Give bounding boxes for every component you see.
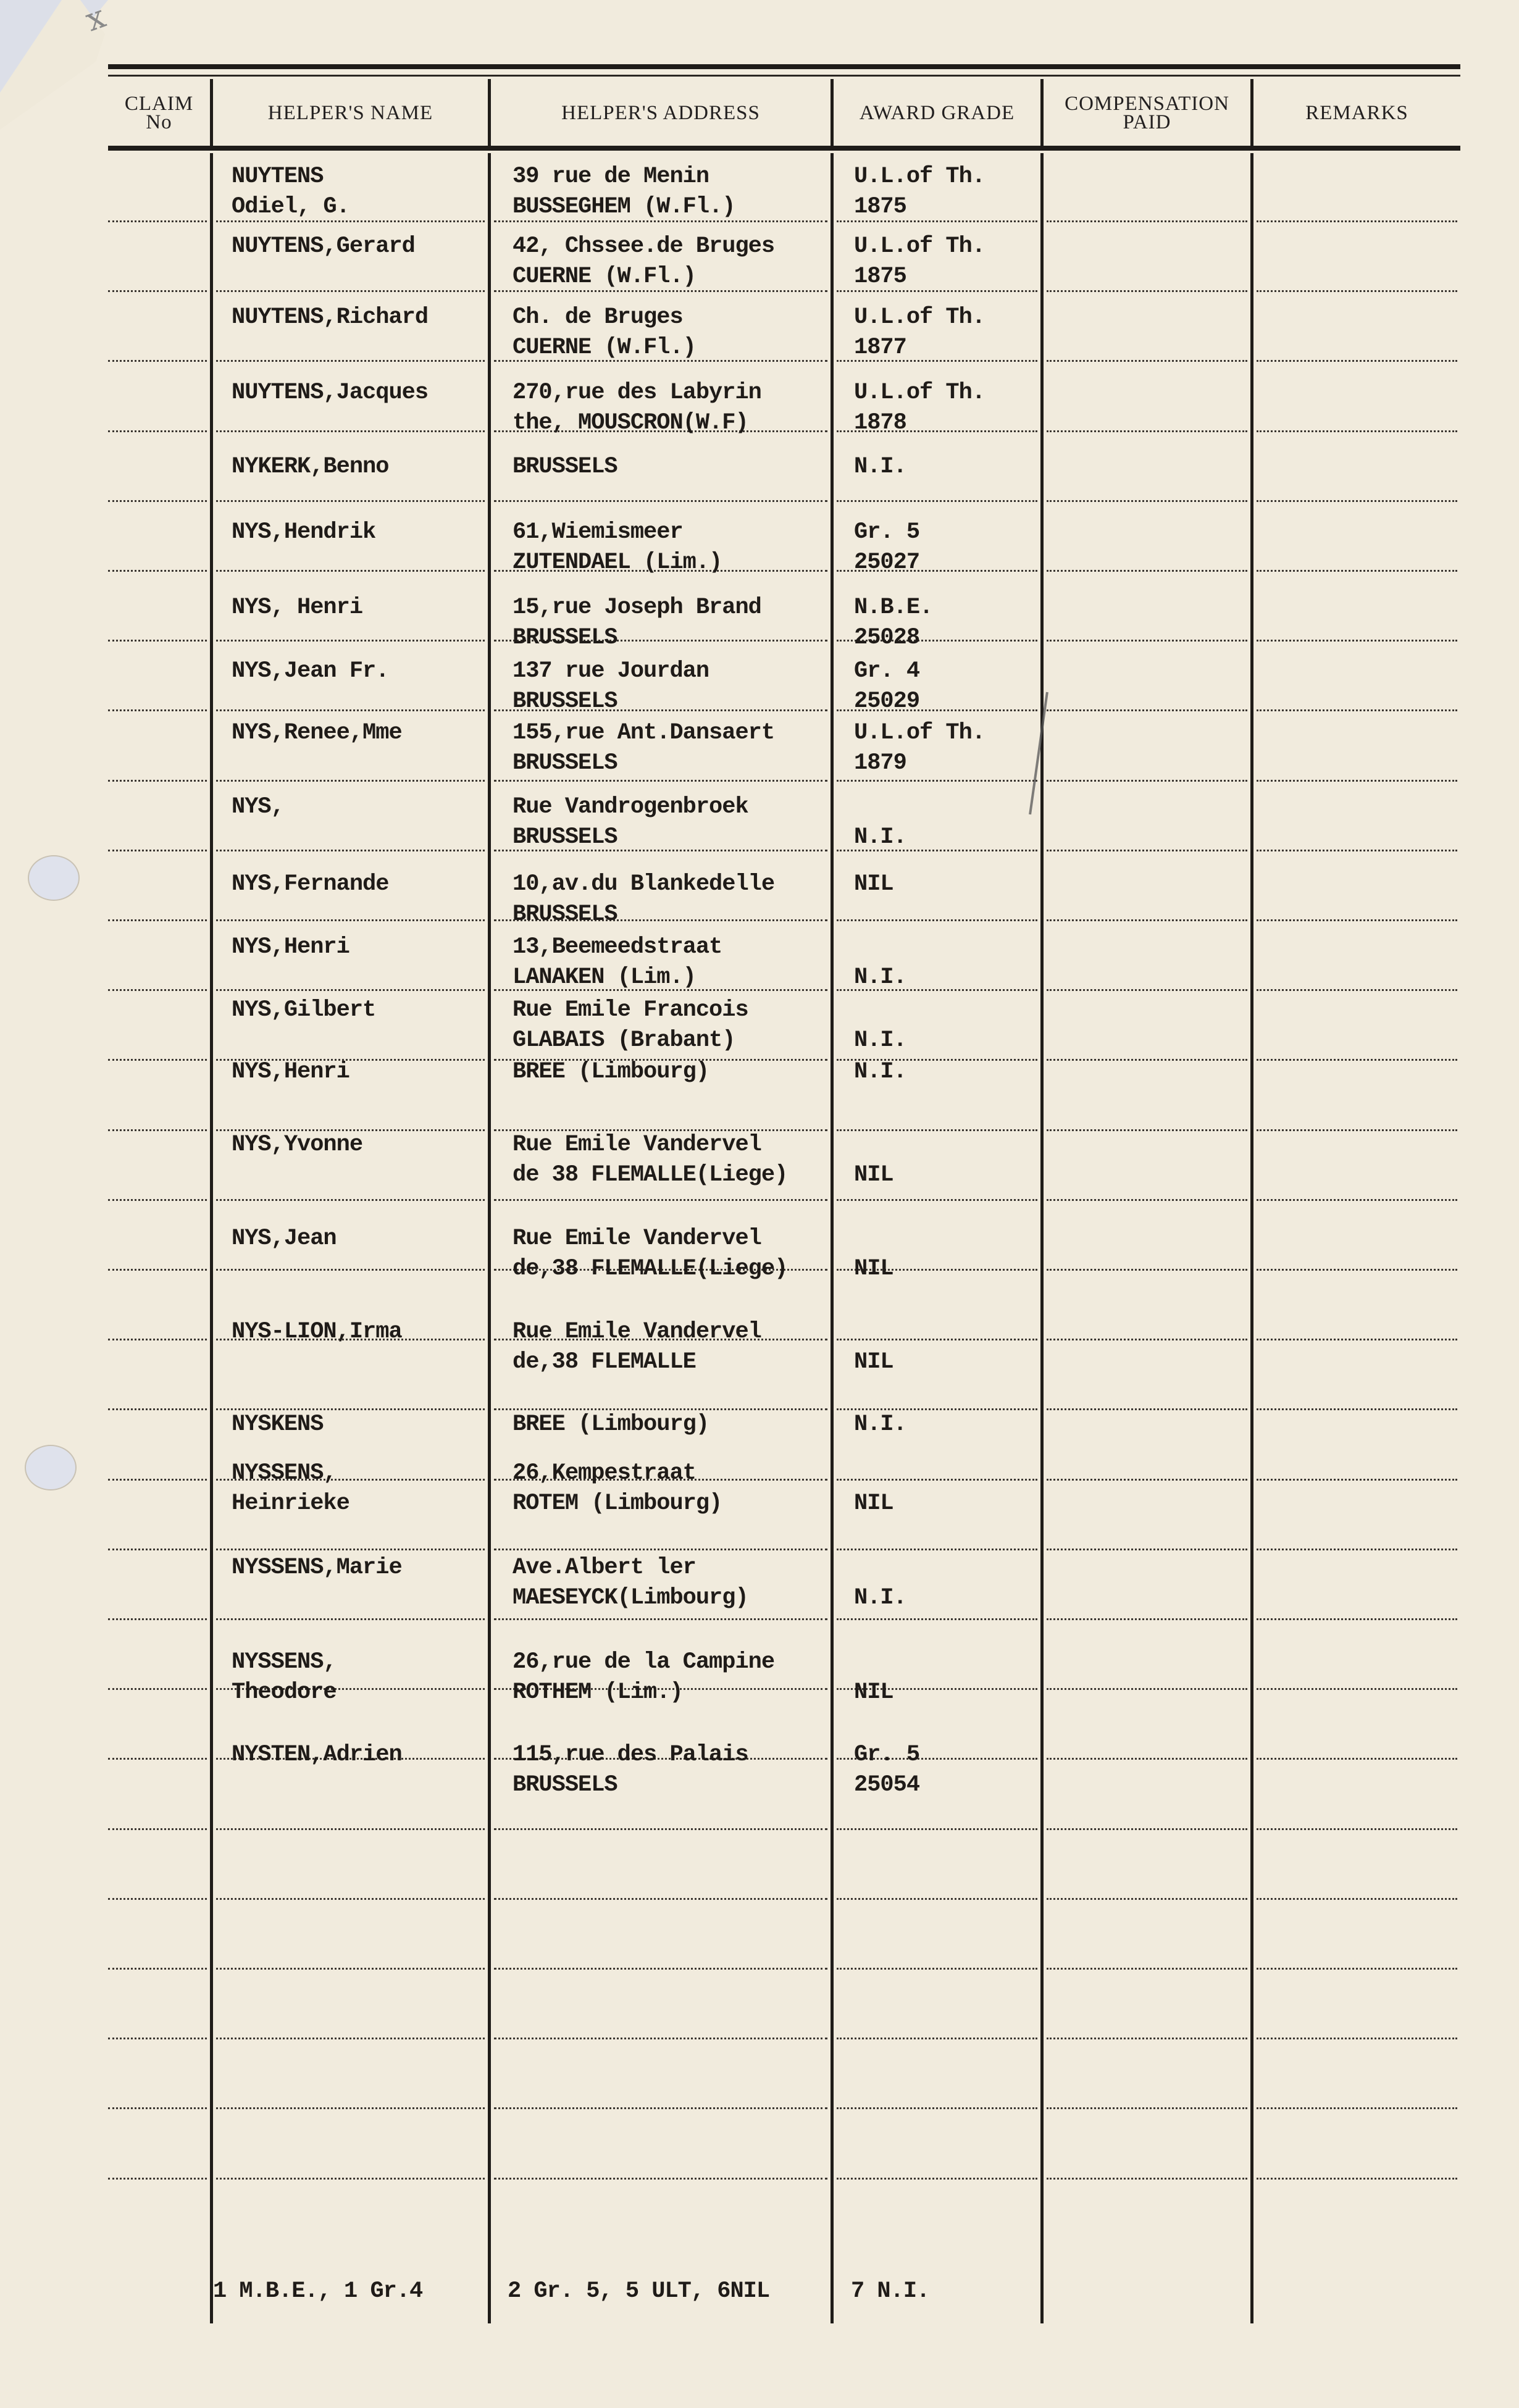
dotted-rule: [1257, 1059, 1457, 1061]
dotted-rule: [216, 1549, 485, 1550]
dotted-rule: [1257, 640, 1457, 642]
dotted-rule: [108, 1408, 207, 1410]
helper-address-cell: 26,rue de la Campine ROTHEM (Lim.): [513, 1647, 774, 1708]
dotted-rule: [1047, 1688, 1247, 1690]
award-grade-cell: N.I.: [854, 1057, 906, 1087]
dotted-rule: [494, 500, 827, 502]
dotted-rule: [216, 1199, 485, 1201]
dotted-rule: [1257, 360, 1457, 362]
helper-address-cell: Rue Vandrogenbroek BRUSSELS: [513, 792, 748, 853]
dotted-rule: [108, 1968, 207, 1970]
dotted-rule: [1257, 1618, 1457, 1620]
punch-hole-icon: [25, 1445, 77, 1490]
dotted-rule: [1047, 2178, 1247, 2180]
helper-address-cell: 26,Kempestraat ROTEM (Limbourg): [513, 1458, 722, 1519]
dotted-rule: [837, 2038, 1037, 2039]
dotted-rule: [1047, 1618, 1247, 1620]
dotted-rule: [108, 1688, 207, 1690]
dotted-rule: [108, 1199, 207, 1201]
helper-name-cell: NYS,Jean Fr.: [232, 656, 388, 687]
dotted-rule: [1047, 1549, 1247, 1550]
award-grade-cell: Gr. 4 25029: [854, 656, 919, 717]
award-grade-cell: U.L.of Th. 1878: [854, 378, 985, 438]
header-award-grade: AWARD GRADE: [834, 85, 1040, 141]
column-divider: [1040, 153, 1044, 2323]
dotted-rule: [216, 989, 485, 991]
helper-address-cell: BREE (Limbourg): [513, 1410, 709, 1440]
dotted-rule: [1257, 1269, 1457, 1271]
helper-address-cell: 115,rue des Palais BRUSSELS: [513, 1740, 748, 1800]
dotted-rule: [837, 500, 1037, 502]
dotted-rule: [108, 1129, 207, 1131]
dotted-rule: [108, 1059, 207, 1061]
award-grade-cell: U.L.of Th. 1879: [854, 718, 985, 779]
helper-name-cell: NUYTENS,Richard: [232, 303, 428, 333]
dotted-rule: [1257, 1758, 1457, 1760]
dotted-rule: [1257, 1199, 1457, 1201]
column-divider: [488, 79, 491, 146]
award-grade-cell: NIL: [854, 1647, 893, 1708]
dotted-rule: [1047, 1199, 1247, 1201]
dotted-rule: [1047, 850, 1247, 851]
dotted-rule: [216, 850, 485, 851]
helper-name-cell: NUYTENS,Gerard: [232, 232, 415, 262]
helper-address-cell: 10,av.du Blankedelle BRUSSELS: [513, 869, 774, 930]
dotted-rule: [1047, 1479, 1247, 1481]
dotted-rule: [1047, 1339, 1247, 1340]
dotted-rule: [1257, 2107, 1457, 2109]
column-divider: [210, 79, 213, 146]
helper-name-cell: NYS, Henri: [232, 593, 362, 623]
dotted-rule: [108, 430, 207, 432]
dotted-rule: [1257, 290, 1457, 292]
summary-award-col: 7 N.I.: [851, 2278, 929, 2304]
dotted-rule: [1047, 1059, 1247, 1061]
column-divider: [831, 153, 834, 2323]
column-divider: [831, 79, 834, 146]
dotted-rule: [108, 2038, 207, 2039]
award-grade-cell: N.I.: [854, 932, 906, 993]
dotted-rule: [1047, 430, 1247, 432]
dotted-rule: [216, 1898, 485, 1900]
header-compensation-paid: COMPENSATION PAID: [1044, 85, 1250, 141]
summary-name-col: 1 M.B.E., 1 Gr.4: [213, 2278, 422, 2304]
helper-address-cell: 13,Beemeedstraat LANAKEN (Lim.): [513, 932, 722, 993]
dotted-rule: [1257, 1339, 1457, 1340]
dotted-rule: [216, 1269, 485, 1271]
dotted-rule: [1047, 1129, 1247, 1131]
dotted-rule: [1047, 570, 1247, 572]
dotted-rule: [108, 2178, 207, 2180]
award-grade-cell: N.I.: [854, 1410, 906, 1440]
dotted-rule: [837, 919, 1037, 921]
dotted-rule: [216, 360, 485, 362]
dotted-rule: [494, 1618, 827, 1620]
helper-address-cell: BRUSSELS: [513, 452, 617, 482]
dotted-rule: [1047, 1828, 1247, 1830]
dotted-rule: [1047, 220, 1247, 222]
helper-name-cell: NYS,Yvonne: [232, 1130, 362, 1160]
dotted-rule: [216, 919, 485, 921]
dotted-rule: [1047, 290, 1247, 292]
helper-name-cell: NYSTEN,Adrien: [232, 1740, 402, 1770]
dotted-rule: [108, 290, 207, 292]
dotted-rule: [837, 1199, 1037, 1201]
column-divider: [1250, 79, 1253, 146]
dotted-rule: [216, 1828, 485, 1830]
dotted-rule: [1257, 570, 1457, 572]
award-grade-cell: Gr. 5 25054: [854, 1740, 919, 1800]
column-divider: [1040, 79, 1044, 146]
dotted-rule: [108, 709, 207, 711]
header-helper-address: HELPER'S ADDRESS: [491, 85, 831, 141]
helper-address-cell: Rue Emile Vandervel de,38 FLEMALLE: [513, 1317, 761, 1377]
dotted-rule: [494, 1968, 827, 1970]
dotted-rule: [1047, 780, 1247, 782]
dotted-rule: [1257, 500, 1457, 502]
award-grade-cell: NIL: [854, 1224, 893, 1284]
dotted-rule: [837, 1618, 1037, 1620]
dotted-rule: [1257, 989, 1457, 991]
header-remarks: REMARKS: [1253, 85, 1460, 141]
award-grade-cell: N.B.E. 25028: [854, 593, 932, 653]
dotted-rule: [837, 1828, 1037, 1830]
dotted-rule: [837, 780, 1037, 782]
dotted-rule: [837, 1898, 1037, 1900]
dotted-rule: [494, 2178, 827, 2180]
award-grade-cell: Gr. 5 25027: [854, 517, 919, 578]
award-grade-cell: N.I.: [854, 995, 906, 1056]
dotted-rule: [1047, 2038, 1247, 2039]
helper-address-cell: BREE (Limbourg): [513, 1057, 709, 1087]
dotted-rule: [1257, 1479, 1457, 1481]
dotted-rule: [216, 430, 485, 432]
award-grade-cell: N.I.: [854, 792, 906, 853]
dotted-rule: [216, 2178, 485, 2180]
helper-name-cell: NYS,Fernande: [232, 869, 388, 900]
dotted-rule: [494, 1549, 827, 1550]
dotted-rule: [1257, 1968, 1457, 1970]
helper-address-cell: Rue Emile Francois GLABAIS (Brabant): [513, 995, 748, 1056]
helper-name-cell: NYS,Jean: [232, 1224, 337, 1254]
helper-address-cell: 137 rue Jourdan BRUSSELS: [513, 656, 709, 717]
helper-address-cell: 155,rue Ant.Dansaert BRUSSELS: [513, 718, 774, 779]
helper-name-cell: NYS,Henri: [232, 932, 349, 963]
helper-name-cell: NYS,: [232, 792, 284, 822]
helper-name-cell: NYSKENS: [232, 1410, 323, 1440]
dotted-rule: [1257, 2178, 1457, 2180]
dotted-rule: [1047, 360, 1247, 362]
dotted-rule: [1257, 919, 1457, 921]
dotted-rule: [1257, 1549, 1457, 1550]
award-grade-cell: N.I.: [854, 452, 906, 482]
dotted-rule: [1257, 1688, 1457, 1690]
helper-address-cell: 270,rue des Labyrin the, MOUSCRON(W.F): [513, 378, 761, 438]
dotted-rule: [1257, 850, 1457, 851]
helper-address-cell: Rue Emile Vandervel de 38 FLEMALLE(Liege…: [513, 1130, 787, 1190]
column-divider: [488, 153, 491, 2323]
helper-name-cell: NYSSENS, Theodore: [232, 1647, 337, 1708]
award-grade-cell: NIL: [854, 1458, 893, 1519]
column-divider: [1250, 153, 1253, 2323]
helper-name-cell: NUYTENS Odiel, G.: [232, 162, 349, 222]
summary-address-col: 2 Gr. 5, 5 ULT, 6NIL: [508, 2278, 769, 2304]
dotted-rule: [1257, 780, 1457, 782]
top-rule-thin: [108, 75, 1460, 77]
dotted-rule: [837, 2178, 1037, 2180]
dotted-rule: [1047, 709, 1247, 711]
dotted-rule: [216, 500, 485, 502]
dotted-rule: [108, 989, 207, 991]
helper-name-cell: NYS,Gilbert: [232, 995, 375, 1026]
dotted-rule: [1047, 1269, 1247, 1271]
header-bottom-rule: [108, 146, 1460, 151]
dotted-rule: [108, 1339, 207, 1340]
dotted-rule: [108, 1898, 207, 1900]
dotted-rule: [108, 2107, 207, 2109]
dotted-rule: [108, 500, 207, 502]
award-grade-cell: NIL: [854, 869, 893, 900]
dotted-rule: [1257, 1408, 1457, 1410]
dotted-rule: [494, 1898, 827, 1900]
dotted-rule: [1257, 709, 1457, 711]
dotted-rule: [216, 640, 485, 642]
dotted-rule: [494, 2107, 827, 2109]
dotted-rule: [1047, 2107, 1247, 2109]
dotted-rule: [216, 780, 485, 782]
helper-address-cell: Rue Emile Vandervel de,38 FLEMALLE(Liege…: [513, 1224, 787, 1284]
dotted-rule: [108, 919, 207, 921]
header-claim-no: CLAIM No: [108, 85, 210, 141]
helper-address-cell: 42, Chssee.de Bruges CUERNE (W.Fl.): [513, 232, 774, 292]
dotted-rule: [494, 1828, 827, 1830]
dotted-rule: [1257, 430, 1457, 432]
award-grade-cell: U.L.of Th. 1877: [854, 303, 985, 363]
dotted-rule: [216, 1968, 485, 1970]
award-grade-cell: NIL: [854, 1130, 893, 1190]
dotted-rule: [1047, 1408, 1247, 1410]
dotted-rule: [108, 850, 207, 851]
dotted-rule: [108, 360, 207, 362]
dotted-rule: [1257, 1828, 1457, 1830]
dotted-rule: [216, 2038, 485, 2039]
dotted-rule: [1047, 1898, 1247, 1900]
helper-address-cell: Ch. de Bruges CUERNE (W.Fl.): [513, 303, 696, 363]
dotted-rule: [108, 640, 207, 642]
dotted-rule: [216, 290, 485, 292]
dotted-rule: [108, 1269, 207, 1271]
dotted-rule: [108, 570, 207, 572]
dotted-rule: [494, 1199, 827, 1201]
award-grade-cell: U.L.of Th. 1875: [854, 162, 985, 222]
dotted-rule: [108, 1828, 207, 1830]
helper-name-cell: NYS,Renee,Mme: [232, 718, 402, 748]
dotted-rule: [1047, 1758, 1247, 1760]
dotted-rule: [108, 1479, 207, 1481]
top-rule-thick: [108, 64, 1460, 69]
dotted-rule: [1257, 220, 1457, 222]
helper-address-cell: 39 rue de Menin BUSSEGHEM (W.Fl.): [513, 162, 735, 222]
helper-address-cell: 61,Wiemismeer ZUTENDAEL (Lim.): [513, 517, 722, 578]
helper-name-cell: NYKERK,Benno: [232, 452, 388, 482]
dotted-rule: [837, 2107, 1037, 2109]
award-grade-cell: U.L.of Th. 1875: [854, 232, 985, 292]
helper-name-cell: NYS-LION,Irma: [232, 1317, 402, 1347]
dotted-rule: [108, 1549, 207, 1550]
helper-name-cell: NYS,Hendrik: [232, 517, 375, 548]
dotted-rule: [837, 1968, 1037, 1970]
punch-hole-icon: [28, 855, 80, 901]
dotted-rule: [216, 1618, 485, 1620]
helper-name-cell: NYSSENS,Marie: [232, 1553, 402, 1583]
helper-address-cell: Ave.Albert ler MAESEYCK(Limbourg): [513, 1553, 748, 1613]
helper-name-cell: NYS,Henri: [232, 1057, 349, 1087]
helper-address-cell: 15,rue Joseph Brand BRUSSELS: [513, 593, 761, 653]
dotted-rule: [1047, 919, 1247, 921]
dotted-rule: [108, 220, 207, 222]
dotted-rule: [494, 780, 827, 782]
award-grade-cell: N.I.: [854, 1553, 906, 1613]
column-divider: [210, 153, 213, 2323]
dotted-rule: [837, 1549, 1037, 1550]
dotted-rule: [216, 570, 485, 572]
dotted-rule: [1047, 1968, 1247, 1970]
dotted-rule: [1257, 2038, 1457, 2039]
header-helper-name: HELPER'S NAME: [213, 85, 488, 141]
dotted-rule: [1047, 500, 1247, 502]
helper-name-cell: NYSSENS, Heinrieke: [232, 1458, 349, 1519]
dotted-rule: [108, 1618, 207, 1620]
dotted-rule: [216, 2107, 485, 2109]
dotted-rule: [1257, 1898, 1457, 1900]
award-grade-cell: NIL: [854, 1317, 893, 1377]
dotted-rule: [108, 780, 207, 782]
helper-name-cell: NUYTENS,Jacques: [232, 378, 428, 408]
dotted-rule: [108, 1758, 207, 1760]
dotted-rule: [1257, 1129, 1457, 1131]
dotted-rule: [494, 2038, 827, 2039]
dotted-rule: [1047, 989, 1247, 991]
dotted-rule: [216, 709, 485, 711]
dotted-rule: [1047, 640, 1247, 642]
